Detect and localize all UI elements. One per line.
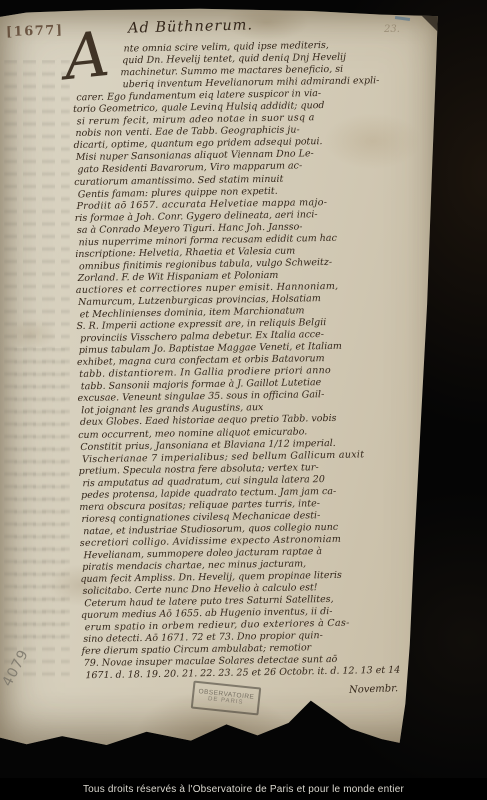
letter-heading: Ad Büthnerum. [128,17,253,36]
archive-year-label: [1677] [6,23,64,40]
page-fold-corner [414,8,444,38]
ink-bleedthrough [14,348,66,648]
fold-mark [395,16,410,21]
manuscript-text: nte omnia scire velim, quid ipse mediter… [74,38,444,682]
copyright-bar: Tous droits réservés à l'Observatoire de… [0,778,487,800]
date-signature: Novembr. [349,683,398,696]
observatoire-stamp: OBSERVATOIRE DE PARIS [191,681,262,716]
manuscript-page: [1677] 23. Ad Büthnerum. A nte omnia sci… [0,8,444,748]
scan-background: [1677] 23. Ad Büthnerum. A nte omnia sci… [0,0,487,800]
pencil-page-number: 23. [384,24,400,35]
copyright-notice: Tous droits réservés à l'Observatoire de… [83,784,404,795]
